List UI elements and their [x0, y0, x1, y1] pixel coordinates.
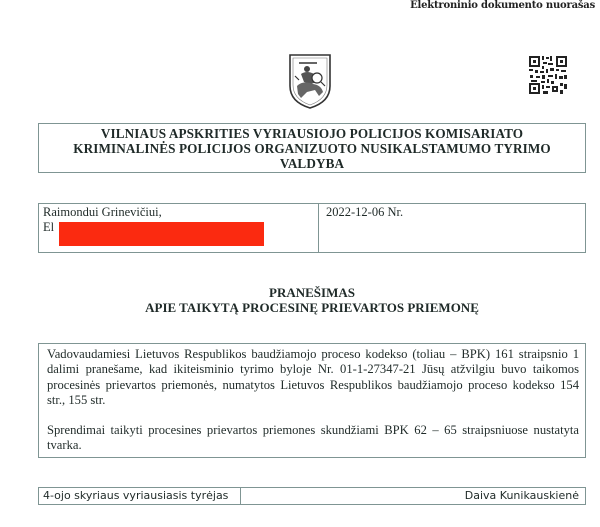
authority-line-3: VALDYBA [39, 156, 585, 171]
recipient-name: Raimondui Grinevičiui, [43, 205, 314, 220]
notice-body: Vadovaudamiesi Lietuvos Respublikos baud… [38, 343, 586, 458]
title-line-1: PRANEŠIMAS [38, 285, 586, 300]
issuing-authority-header: VILNIAUS APSKRITIES VYRIAUSIOJO POLICIJO… [38, 123, 586, 173]
redaction-bar [59, 222, 264, 246]
signature-block: 4-ojo skyriaus vyriausiasis tyrėjas Daiv… [38, 487, 586, 505]
authority-line-2: KRIMINALINĖS POLICIJOS ORGANIZUOTO NUSIK… [39, 141, 585, 156]
title-line-2: APIE TAIKYTĄ PROCESINĘ PRIEVARTOS PRIEMO… [38, 300, 586, 315]
document-copy-note: Elektroninio dokumento nuorašas [395, 0, 595, 11]
body-paragraph-2: Sprendimai taikyti procesines prievartos… [47, 423, 579, 454]
signatory-position: 4-ojo skyriaus vyriausiasis tyrėjas [39, 488, 241, 504]
recipient-block: Raimondui Grinevičiui, El 2022-12-06 Nr. [38, 203, 586, 253]
document-title: PRANEŠIMAS APIE TAIKYTĄ PROCESINĘ PRIEVA… [38, 285, 586, 315]
qr-code-icon [528, 55, 568, 95]
recipient-cell: Raimondui Grinevičiui, El [39, 204, 319, 252]
coat-of-arms-icon [287, 52, 333, 110]
authority-line-1: VILNIAUS APSKRITIES VYRIAUSIOJO POLICIJO… [39, 126, 585, 141]
date-number: 2022-12-06 Nr. [326, 205, 403, 220]
signatory-name: Daiva Kunikauskienė [465, 488, 579, 503]
body-paragraph-1: Vadovaudamiesi Lietuvos Respublikos baud… [47, 347, 579, 408]
